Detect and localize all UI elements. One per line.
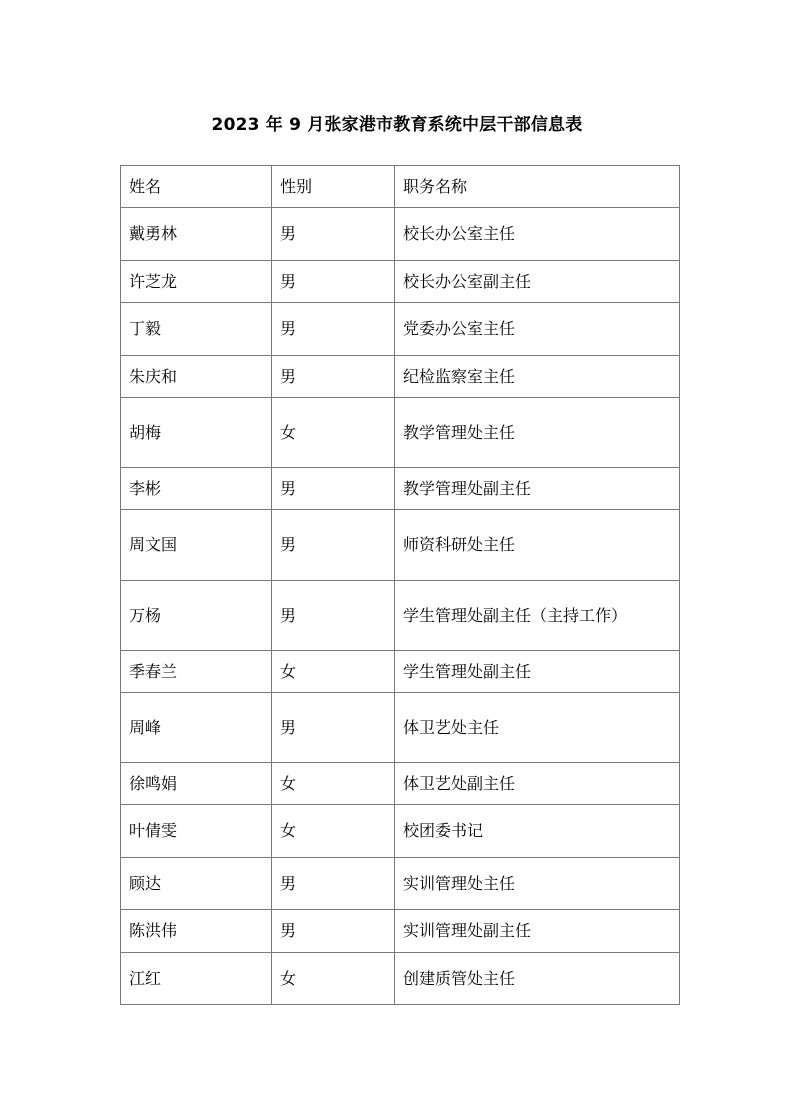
cell-name: 许芝龙 [121,261,272,303]
cell-gender: 女 [272,805,395,858]
table-header-row: 姓名 性别 职务名称 [121,166,680,208]
cell-name: 丁毅 [121,303,272,356]
cell-gender: 男 [272,303,395,356]
cell-gender: 男 [272,356,395,398]
cell-position: 体卫艺处主任 [395,693,680,763]
cell-position: 学生管理处副主任 [395,651,680,693]
cell-name: 江红 [121,953,272,1005]
cell-name: 叶倩雯 [121,805,272,858]
cell-position: 创建质管处主任 [395,953,680,1005]
cell-position: 实训管理处副主任 [395,910,680,953]
cell-gender: 女 [272,398,395,468]
cell-position: 教学管理处副主任 [395,468,680,510]
table-row: 顾达 男 实训管理处主任 [121,858,680,910]
header-position: 职务名称 [395,166,680,208]
cell-name: 陈洪伟 [121,910,272,953]
cell-position: 党委办公室主任 [395,303,680,356]
cell-position: 体卫艺处副主任 [395,763,680,805]
document-page: 2023 年 9 月张家港市教育系统中层干部信息表 姓名 性别 职务名称 戴勇林… [0,0,794,1108]
cadre-info-table: 姓名 性别 职务名称 戴勇林 男 校长办公室主任 许芝龙 男 校长办公室副主任 … [120,165,680,1005]
document-title: 2023 年 9 月张家港市教育系统中层干部信息表 [0,112,794,138]
table-row: 戴勇林 男 校长办公室主任 [121,208,680,261]
cell-name: 戴勇林 [121,208,272,261]
cell-name: 李彬 [121,468,272,510]
cell-position: 校长办公室副主任 [395,261,680,303]
table-row: 李彬 男 教学管理处副主任 [121,468,680,510]
table-row: 江红 女 创建质管处主任 [121,953,680,1005]
table-row: 叶倩雯 女 校团委书记 [121,805,680,858]
cell-name: 周峰 [121,693,272,763]
cell-position: 师资科研处主任 [395,510,680,581]
cell-name: 朱庆和 [121,356,272,398]
table-row: 陈洪伟 男 实训管理处副主任 [121,910,680,953]
cell-gender: 男 [272,510,395,581]
cell-position: 实训管理处主任 [395,858,680,910]
cell-gender: 男 [272,261,395,303]
cell-gender: 男 [272,858,395,910]
table-row: 万杨 男 学生管理处副主任（主持工作） [121,581,680,651]
cell-name: 徐鸣娟 [121,763,272,805]
cell-name: 季春兰 [121,651,272,693]
header-gender: 性别 [272,166,395,208]
table-row: 胡梅 女 教学管理处主任 [121,398,680,468]
table-row: 周峰 男 体卫艺处主任 [121,693,680,763]
table-row: 丁毅 男 党委办公室主任 [121,303,680,356]
table-row: 徐鸣娟 女 体卫艺处副主任 [121,763,680,805]
table-row: 季春兰 女 学生管理处副主任 [121,651,680,693]
cell-gender: 男 [272,693,395,763]
cell-gender: 男 [272,208,395,261]
cell-position: 校团委书记 [395,805,680,858]
cell-name: 胡梅 [121,398,272,468]
cell-name: 周文国 [121,510,272,581]
cell-gender: 女 [272,651,395,693]
cell-gender: 男 [272,910,395,953]
cell-name: 顾达 [121,858,272,910]
table-row: 许芝龙 男 校长办公室副主任 [121,261,680,303]
cell-gender: 女 [272,763,395,805]
header-name: 姓名 [121,166,272,208]
cell-name: 万杨 [121,581,272,651]
cell-position: 校长办公室主任 [395,208,680,261]
cell-position: 学生管理处副主任（主持工作） [395,581,680,651]
cell-gender: 男 [272,468,395,510]
table-row: 朱庆和 男 纪检监察室主任 [121,356,680,398]
cell-gender: 男 [272,581,395,651]
cell-position: 教学管理处主任 [395,398,680,468]
cell-gender: 女 [272,953,395,1005]
cell-position: 纪检监察室主任 [395,356,680,398]
table-row: 周文国 男 师资科研处主任 [121,510,680,581]
